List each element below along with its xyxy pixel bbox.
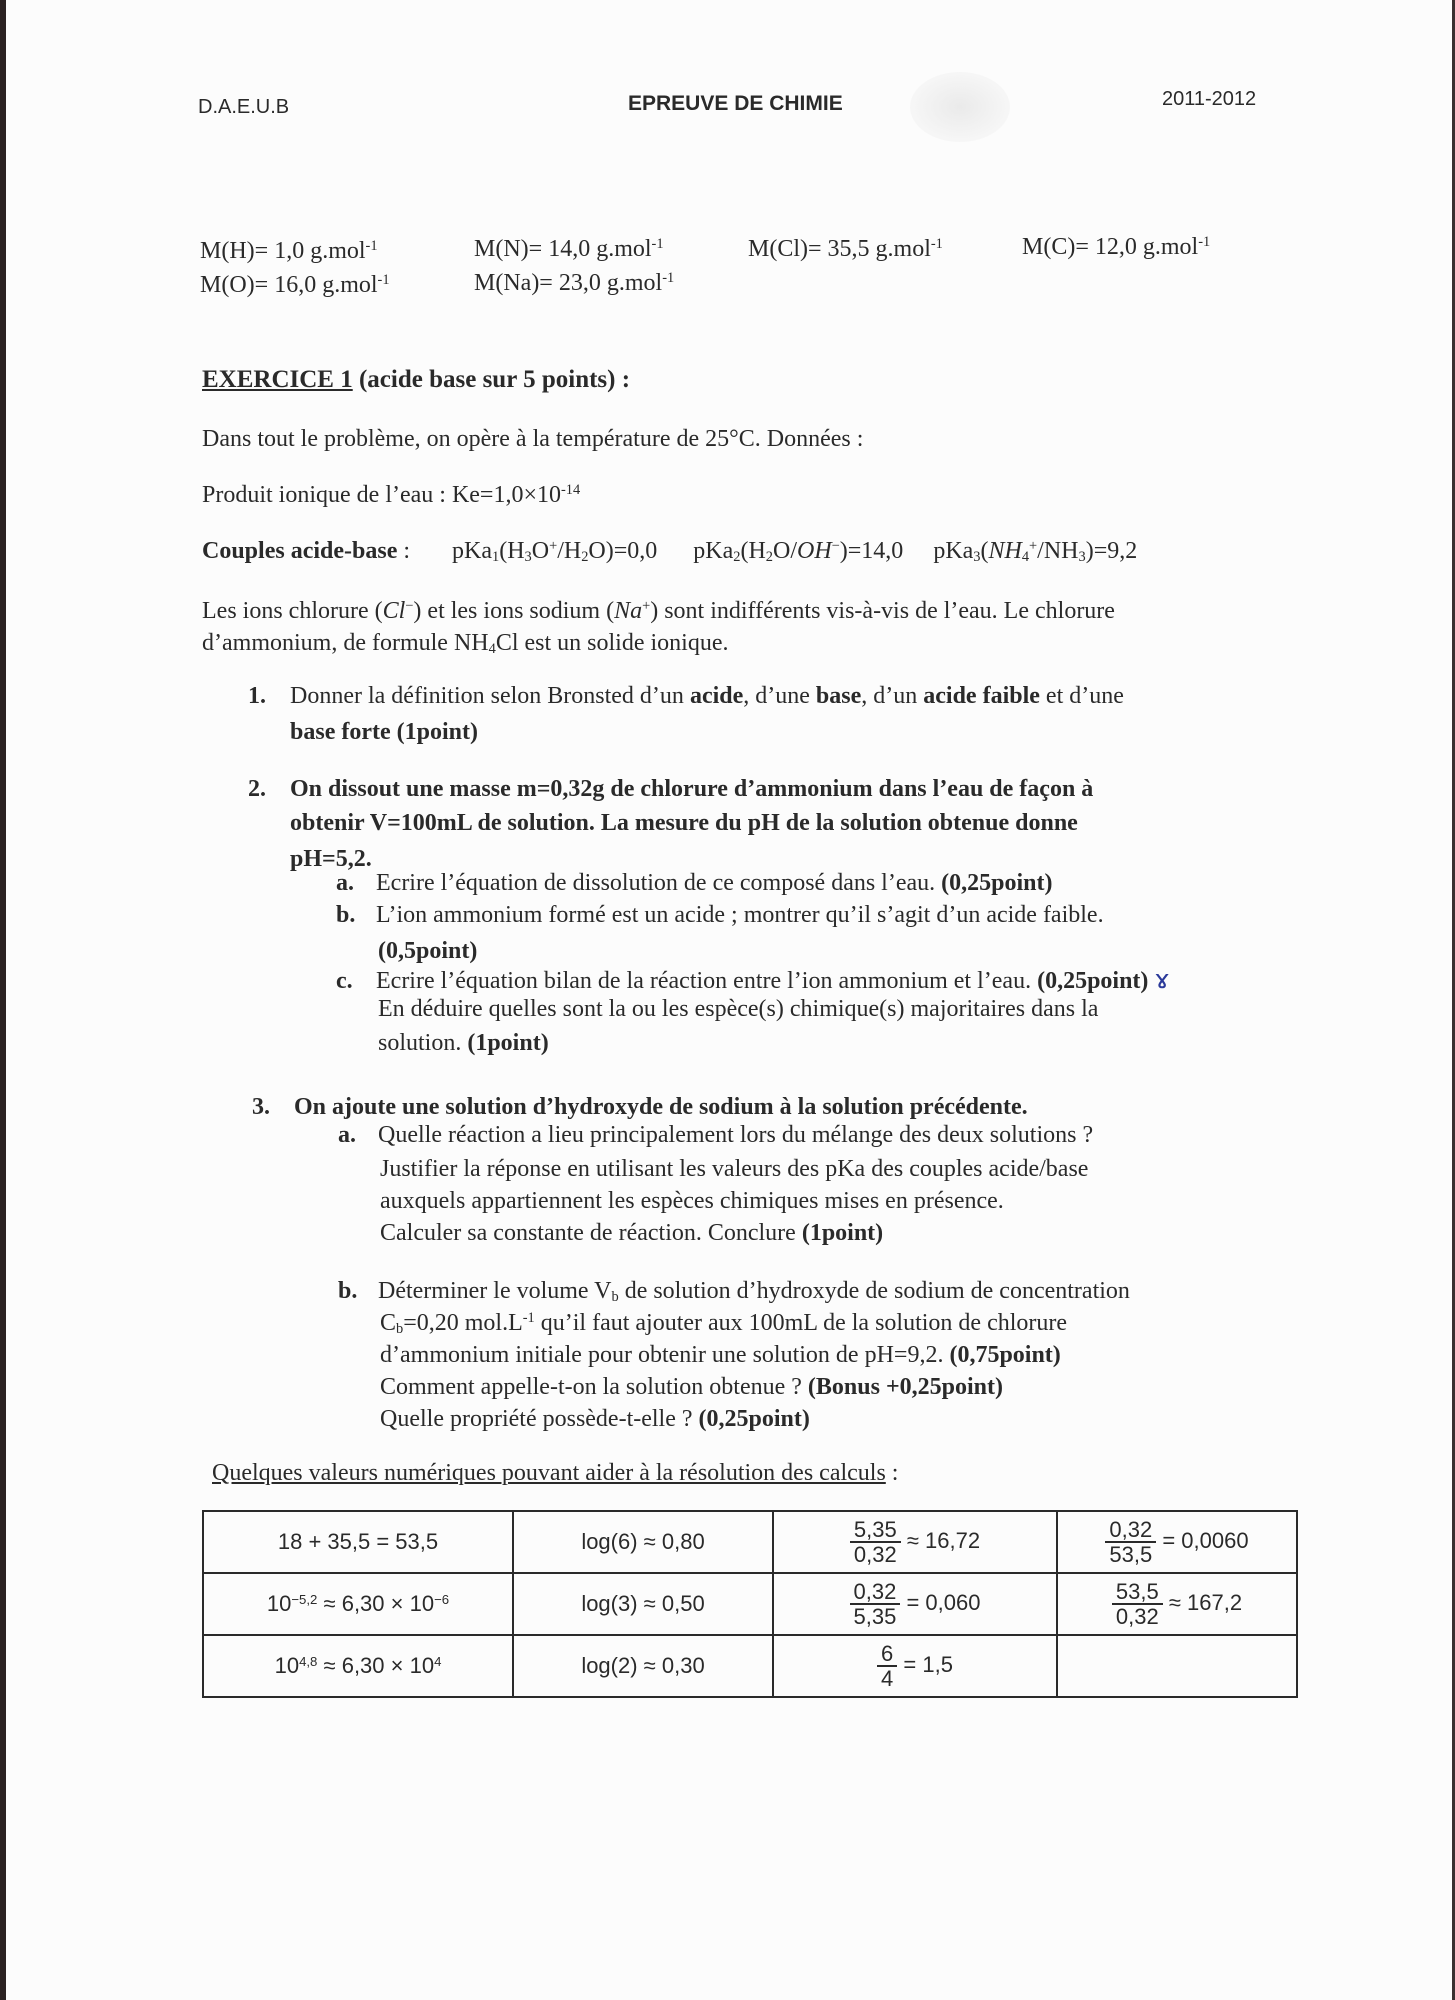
pka1: pKa1(H3O+/H2O)=0,0 [452,538,657,564]
molar-mass-c: M(C)= 12,0 g.mol-1 [1022,234,1210,260]
institution-label: D.A.E.U.B [198,96,289,119]
numeric-help-table: 18 + 35,5 = 53,5 log(6) ≈ 0,80 5,350,32 … [202,1510,1298,1698]
numeric-help-title: Quelques valeurs numériques pouvant aide… [212,1460,898,1486]
table-cell: 10−5,2 ≈ 6,30 × 10−6 [203,1573,513,1635]
molar-mass-o: M(O)= 16,0 g.mol-1 [200,272,390,298]
question-number: 2. [248,776,290,802]
exercise-title: EXERCICE 1 [202,366,353,393]
couples-acide-base: Couples acide-base : pKa1(H3O+/H2O)=0,0 … [202,538,1137,564]
molar-mass-n: M(N)= 14,0 g.mol-1 [474,236,664,262]
handwritten-mark: ɤ [1154,965,1170,995]
table-cell: 53,50,32 ≈ 167,2 [1057,1573,1297,1635]
table-cell [1057,1635,1297,1697]
exercise-subtitle: (acide base sur 5 points) : [353,366,630,393]
table-cell: 0,325,35 = 0,060 [773,1573,1057,1635]
ke-data: Produit ionique de l’eau : Ke=1,0×10-14 [202,482,580,508]
ions-statement-line1: Les ions chlorure (Cl−) et les ions sodi… [202,598,1115,624]
table-cell: 104,8 ≈ 6,30 × 104 [203,1635,513,1697]
ions-statement-line2: d’ammonium, de formule NH4Cl est un soli… [202,630,728,656]
question-2a: a.Ecrire l’équation de dissolution de ce… [336,870,1053,896]
question-3a: a.Quelle réaction a lieu principalement … [338,1122,1093,1148]
molar-mass-na: M(Na)= 23,0 g.mol-1 [474,270,674,296]
pka2: pKa2(H2O/OH−)=14,0 [693,538,903,564]
molar-mass-h: M(H)= 1,0 g.mol-1 [200,238,378,264]
scan-smudge [910,72,1010,142]
question-number: 1. [248,683,290,709]
table-cell: log(3) ≈ 0,50 [513,1573,773,1635]
table-row: 18 + 35,5 = 53,5 log(6) ≈ 0,80 5,350,32 … [203,1511,1297,1573]
page-title: EPREUVE DE CHIMIE [628,92,843,116]
table-row: 104,8 ≈ 6,30 × 104 log(2) ≈ 0,30 64 = 1,… [203,1635,1297,1697]
table-cell: log(6) ≈ 0,80 [513,1511,773,1573]
pka3: pKa3(NH4+/NH3)=9,2 [933,538,1137,564]
question-2b: b.L’ion ammonium formé est un acide ; mo… [336,902,1104,928]
molar-mass-cl: M(Cl)= 35,5 g.mol-1 [748,236,943,262]
intro-text: Dans tout le problème, on opère à la tem… [202,426,863,452]
table-cell: 64 = 1,5 [773,1635,1057,1697]
table-cell: 5,350,32 ≈ 16,72 [773,1511,1057,1573]
table-cell: log(2) ≈ 0,30 [513,1635,773,1697]
table-cell: 18 + 35,5 = 53,5 [203,1511,513,1573]
question-number: 3. [252,1094,294,1120]
scan-edge-left [0,0,6,2000]
table-row: 10−5,2 ≈ 6,30 × 10−6 log(3) ≈ 0,50 0,325… [203,1573,1297,1635]
question-3b: b.Déterminer le volume Vb de solution d’… [338,1278,1130,1304]
year-label: 2011-2012 [1162,88,1256,111]
question-2c: c.Ecrire l’équation bilan de la réaction… [336,966,1170,995]
exercise-heading: EXERCICE 1 (acide base sur 5 points) : [202,366,630,394]
table-cell: 0,3253,5 = 0,0060 [1057,1511,1297,1573]
